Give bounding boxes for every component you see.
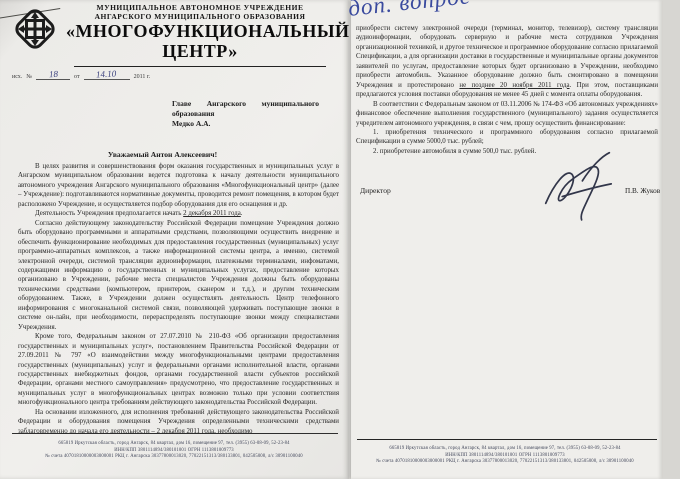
footer-page1: 665819 Иркутская область, город Ангарск,… [4,441,344,461]
org-emblem-icon [10,4,60,54]
paragraph: Деятельность Учреждения предполагается н… [18,209,339,218]
letter-page-2: доп. вопрос приобрести систему электронн… [351,0,662,479]
underlined-deadline: не позднее 20 ноября 2011 года [459,82,569,89]
handwritten-ref-number: 18 [48,70,57,78]
outgoing-ref-line: исх. № 18 от 14.10 2011 г. [12,70,150,80]
letter-body-page2: приобрести систему электронной очереди (… [356,24,658,164]
letterhead: МУНИЦИПАЛЬНОЕ АВТОНОМНОЕ УЧРЕЖДЕНИЕ АНГА… [66,4,334,67]
director-signature [539,147,630,225]
letterhead-rule [74,66,326,67]
ref-from-label: от [74,74,80,80]
text-run: . [241,210,243,217]
footer-account: № счета 40701810000003000001 РКЦ г. Анга… [351,459,659,466]
underlined-date: 2 декабря 2011 года [183,210,241,217]
paragraph: В целях развития и совершенствования фор… [18,162,339,209]
org-name-line2: АНГАРСКОГО МУНИЦИПАЛЬНОГО ОБРАЗОВАНИЯ [66,13,334,22]
footer-account: № счета 40701810000003000001 РКЦ г. Анга… [4,454,344,461]
salutation: Уважаемый Антон Алексеевич! [20,150,305,159]
ref-date-field: 14.10 [84,70,130,80]
paragraph: Кроме того, Федеральным законом от 27.07… [18,332,339,408]
ref-number-field: 18 [36,70,70,80]
org-title-line1: «МНОГОФУНКЦИОНАЛЬНЫЙ [66,22,334,41]
paragraph: приобрести систему электронной очереди (… [356,24,658,100]
list-item: 1. приобретения технического и программн… [356,128,658,147]
paragraph: В соответствии с Федеральным законом от … [356,100,658,128]
recipient-title: Главе Ангарского муниципального образова… [172,99,319,119]
signer-title: Директор [360,186,391,195]
ref-out-label: исх. [12,74,22,80]
footer-address: 665819 Иркутская область, город Ангарск,… [351,446,659,453]
signer-name: П.В. Жуков [625,187,660,195]
letter-page-1: МУНИЦИПАЛЬНОЕ АВТОНОМНОЕ УЧРЕЖДЕНИЕ АНГА… [0,0,349,479]
footer-rule [12,433,338,434]
paragraph: Согласно действующему законодательству Р… [18,219,339,332]
ref-number-sign: № [26,74,32,80]
footer-rule [357,439,657,440]
handwritten-annotation: доп. вопрос [347,0,472,22]
handwritten-ref-date: 14.10 [96,69,117,78]
letter-body-page1: В целях развития и совершенствования фор… [18,162,339,434]
org-title-line2: ЦЕНТР» [66,42,334,61]
recipient-block: Главе Ангарского муниципального образова… [172,99,319,129]
text-run: приобрести систему электронной очереди (… [356,25,658,89]
ref-year-label: 2011 г. [134,74,151,80]
recipient-name: Медко А.А. [172,119,319,129]
text-run: Деятельность Учреждения предполагается н… [35,210,183,217]
footer-page2: 665819 Иркутская область, город Ангарск,… [351,446,659,466]
scanned-letter: МУНИЦИПАЛЬНОЕ АВТОНОМНОЕ УЧРЕЖДЕНИЕ АНГА… [0,0,680,479]
paragraph: На основании изложенного, для исполнения… [18,408,339,434]
